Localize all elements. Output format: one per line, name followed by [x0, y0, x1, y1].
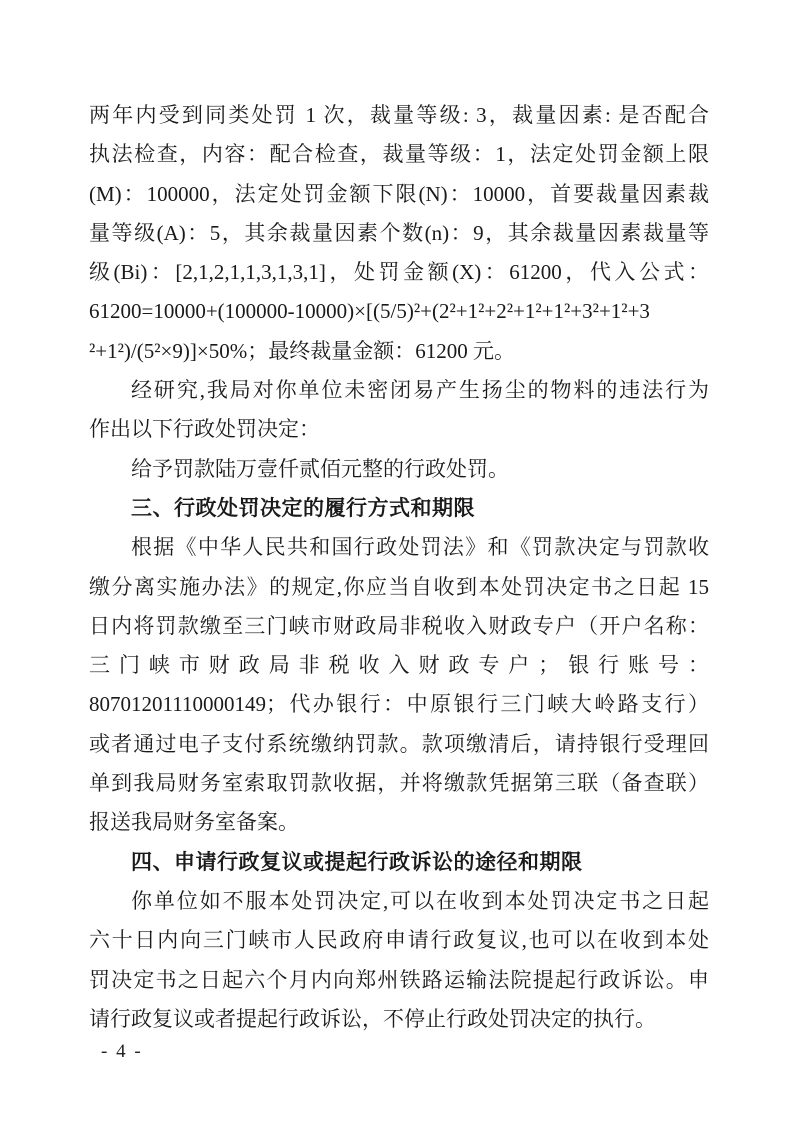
- appeal-rights-paragraph: 你单位如不服本处罚决定,可以在收到本处罚决定书之日起六十日内向三门峡市人民政府申…: [89, 882, 709, 1039]
- text-line: 执法检查，内容：配合检查，裁量等级：1，法定处罚金额上限: [89, 135, 709, 174]
- section-4-heading: 四、申请行政复议或提起行政诉讼的途径和期限: [89, 843, 709, 882]
- penalty-amount-paragraph: 给予罚款陆万壹仟贰佰元整的行政处罚。: [89, 450, 709, 489]
- text-line: (M)：100000，法定处罚金额下限(N)：10000，首要裁量因素裁: [89, 175, 709, 214]
- text-line: 作出以下行政处罚决定：: [89, 410, 709, 449]
- text-line: ²+1²)/(5²×9)]×50%；最终裁量金额：61200 元。: [89, 332, 709, 371]
- text-line: 四、申请行政复议或提起行政诉讼的途径和期限: [89, 843, 709, 882]
- document-page: 两年内受到同类处罚 1 次，裁量等级: 3，裁量因素: 是否配合执法检查，内容：…: [0, 0, 793, 1122]
- text-line: 级(Bi)：[2,1,2,1,1,3,1,3,1]，处罚金额(X)：61200，…: [89, 253, 709, 292]
- text-line: 或者通过电子支付系统缴纳罚款。款项缴清后，请持银行受理回: [89, 725, 709, 764]
- text-line: 日内将罚款缴至三门峡市财政局非税收入财政专户（开户名称：: [89, 607, 709, 646]
- decision-intro-paragraph: 经研究,我局对你单位未密闭易产生扬尘的物料的违法行为作出以下行政处罚决定：: [89, 371, 709, 450]
- penalty-calculation-paragraph: 两年内受到同类处罚 1 次，裁量等级: 3，裁量因素: 是否配合执法检查，内容：…: [89, 96, 709, 371]
- text-line: 量等级(A)：5，其余裁量因素个数(n)：9，其余裁量因素裁量等: [89, 214, 709, 253]
- text-line: 你单位如不服本处罚决定,可以在收到本处罚决定书之日起: [89, 882, 709, 921]
- text-line: 罚决定书之日起六个月内向郑州铁路运输法院提起行政诉讼。申: [89, 961, 709, 1000]
- document-body: 两年内受到同类处罚 1 次，裁量等级: 3，裁量因素: 是否配合执法检查，内容：…: [89, 96, 709, 1039]
- section-3-heading: 三、行政处罚决定的履行方式和期限: [89, 489, 709, 528]
- page-number: - 4 -: [101, 1040, 143, 1064]
- text-line: 61200=10000+(100000-10000)×[(5/5)²+(2²+1…: [89, 292, 709, 331]
- text-line: 经研究,我局对你单位未密闭易产生扬尘的物料的违法行为: [89, 371, 709, 410]
- text-line: 根据《中华人民共和国行政处罚法》和《罚款决定与罚款收: [89, 528, 709, 567]
- text-line: 三门峡市财政局非税收入财政专户；银行账号：: [89, 646, 709, 685]
- text-line: 单到我局财务室索取罚款收据，并将缴款凭据第三联（备查联）: [89, 764, 709, 803]
- text-line: 两年内受到同类处罚 1 次，裁量等级: 3，裁量因素: 是否配合: [89, 96, 709, 135]
- text-line: 请行政复议或者提起行政诉讼，不停止行政处罚决定的执行。: [89, 1000, 709, 1039]
- payment-instructions-paragraph: 根据《中华人民共和国行政处罚法》和《罚款决定与罚款收缴分离实施办法》的规定,你应…: [89, 528, 709, 842]
- text-line: 三、行政处罚决定的履行方式和期限: [89, 489, 709, 528]
- text-line: 报送我局财务室备案。: [89, 803, 709, 842]
- text-line: 给予罚款陆万壹仟贰佰元整的行政处罚。: [89, 450, 709, 489]
- text-line: 缴分离实施办法》的规定,你应当自收到本处罚决定书之日起 15: [89, 568, 709, 607]
- text-line: 六十日内向三门峡市人民政府申请行政复议,也可以在收到本处: [89, 921, 709, 960]
- text-line: 80701201110000149；代办银行：中原银行三门峡大岭路支行）: [89, 685, 709, 724]
